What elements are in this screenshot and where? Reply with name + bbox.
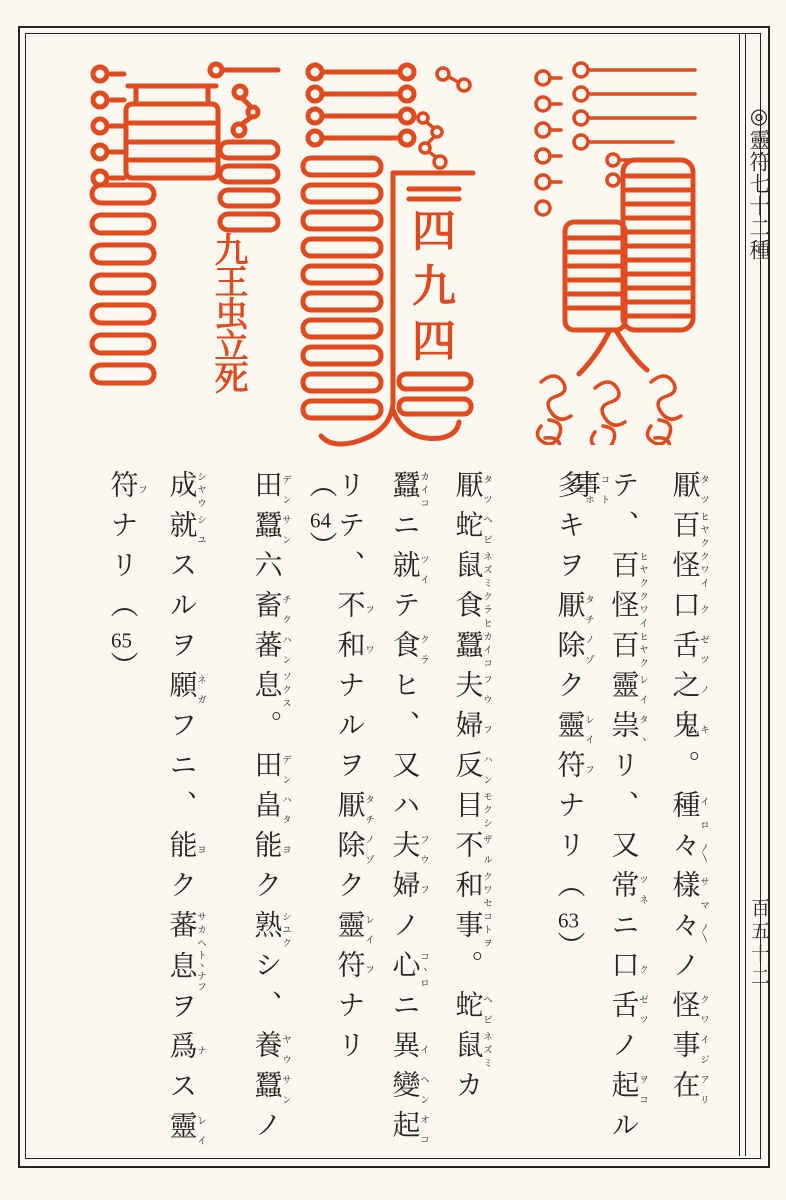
book-page: ◎靈符七十二種 百五十二 — [0, 0, 786, 1200]
talisman-left-right-column — [210, 64, 278, 230]
talisman-right-flourishes — [537, 376, 681, 445]
talisman-drawing-middle: 四 九 四 — [295, 58, 485, 453]
talisman-left-label: 九王虫立死 — [210, 232, 244, 392]
text-column-63-3: 多オホキヲ厭タチ除ノゾク靈レイ符フナリ（63） — [537, 470, 593, 1170]
text-column-63-1: 厭タツ百ヒヤク怪クワイ口ク舌ゼツ之ノ鬼キ。種々イロ〱樣々サマ〱ノ怪事クワイジ在ア… — [652, 470, 708, 1170]
text-column-63-2: テ、百ヒヤク怪クワイ百ヒヤク靈レイ祟タヽリ、又常ツネニ口ク舌ゼツノ起ヲコル事コト — [591, 470, 647, 1170]
text-column-65-1: 田デン蠶サン六畜チク蕃ハン息ソクス。田デン畠ハタ能ヨク熟シユクシ、養ヤウ蠶サンノ — [234, 470, 290, 1170]
talisman-middle-lower-pills — [399, 374, 471, 414]
talisman-middle-tail — [321, 403, 459, 444]
talisman-middle-dumbbells — [308, 65, 414, 145]
margin-divider-rule — [739, 34, 746, 1156]
talisman-middle-characters: 四 九 四 — [412, 207, 456, 366]
talisman-drawing-left — [84, 58, 284, 403]
talisman-right-hatched-boxes — [565, 160, 693, 330]
talisman-drawing-right — [523, 60, 703, 445]
svg-text:四: 四 — [412, 317, 456, 366]
text-column-65-3: 符フナリ（65） — [90, 470, 146, 1170]
svg-text:四: 四 — [412, 207, 456, 256]
talisman-left-pill-column — [92, 185, 154, 383]
talisman-right-splay-strokes — [579, 332, 647, 374]
svg-text:九: 九 — [412, 262, 456, 311]
talisman-right-circle-column — [536, 71, 561, 215]
text-column-65-2: 成シヤウ就シユスルヲ願ネガフニ、能ヨク蕃サカヘ息トヽナフヲ爲ナス靈レイ — [149, 470, 205, 1170]
talisman-middle-pill-column — [303, 158, 381, 418]
margin-title: ◎靈符七十二種 — [748, 104, 769, 261]
talisman-left-lined-box — [126, 86, 218, 178]
talisman-right-bar-rows — [574, 63, 695, 186]
text-column-64-2: 蠶カイコニ就ツイテ食クラヒ、又ハ夫フウ婦フノ心コヽロニ異イ變ヘン起オコ — [372, 470, 428, 1170]
talisman-left-circle-column — [93, 67, 124, 185]
text-column-64-1: 厭タツ蛇ヘビ鼠ネズミ食クラヒ蠶カイコ夫フウ婦フ反ハン目モクシ不ザル和クワセ事コト… — [435, 470, 491, 1170]
page-number: 百五十二 — [749, 898, 768, 990]
text-column-64-3: リテ、不フ和ワナルヲ厭タチ除ノゾク靈レイ符フナリ（64） — [317, 470, 373, 1170]
talisman-middle-circle-chain — [418, 68, 470, 168]
